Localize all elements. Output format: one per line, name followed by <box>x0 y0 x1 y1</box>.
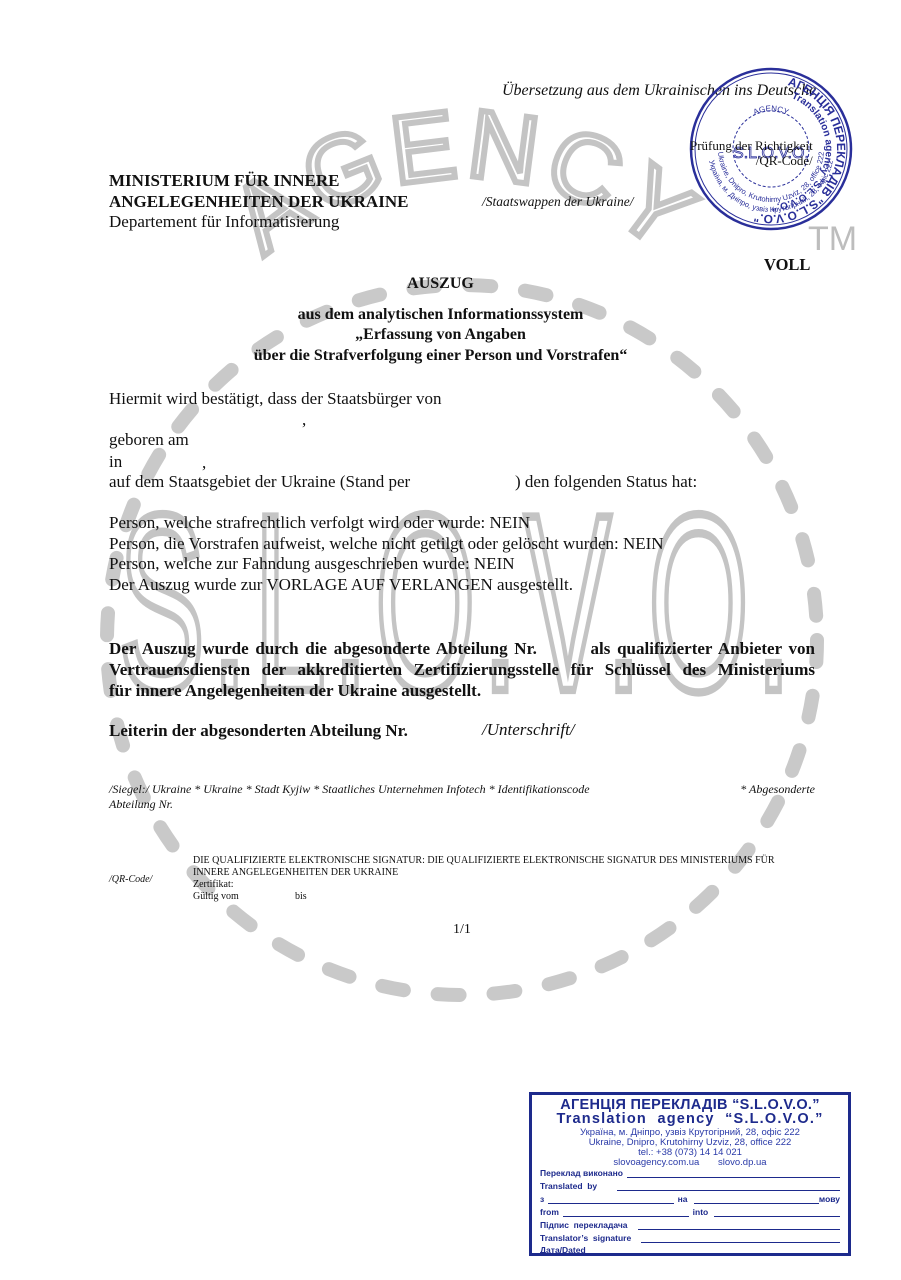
stamp-inner-agency: AGENCY <box>752 104 791 117</box>
field-label: Переклад виконано <box>540 1168 623 1178</box>
field-line <box>694 1195 819 1204</box>
field-line <box>638 1221 840 1230</box>
territory-suffix: ) den folgenden Status hat: <box>515 472 697 492</box>
valid-to-label: bis <box>295 891 307 903</box>
status-line: Person, die Vorstrafen aufweist, welche … <box>109 534 664 554</box>
translator-certification-stamp: АГЕНЦІЯ ПЕРЕКЛАДІВ “S.L.O.V.O.” Translat… <box>529 1092 851 1256</box>
coat-of-arms-note: /Staatswappen der Ukraine/ <box>482 194 634 210</box>
seal-description: /Siegel:/ Ukraine * Ukraine * Stadt Kyji… <box>109 782 815 812</box>
field-line <box>563 1208 689 1217</box>
stamp-field-language-ua: з на мову <box>540 1193 840 1204</box>
field-label: Translator’s signature <box>540 1233 631 1243</box>
voll-label: VOLL <box>764 255 810 275</box>
validity-row: Gültig vom bis <box>193 891 823 903</box>
document-title: AUSZUG <box>0 275 891 293</box>
stamp-field-signature-ua: Підпис перекладача <box>540 1219 840 1230</box>
verification-line-2: /QR-Code/ <box>690 153 813 168</box>
issuer-line: für innere Angelegenheiten der Ukraine a… <box>109 680 815 701</box>
stamp-field-date: Дата/Dated <box>540 1244 840 1255</box>
field-line <box>617 1182 840 1191</box>
born-label: geboren am <box>109 430 189 450</box>
signature-note: /Unterschrift/ <box>482 720 575 740</box>
issuer-paragraph: Der Auszug wurde durch die abgesonderte … <box>109 638 815 701</box>
ministry-line-2: ANGELEGENHEITEN DER UKRAINE <box>109 191 408 212</box>
signature-line-1: DIE QUALIFIZIERTE ELEKTRONISCHE SIGNATUR… <box>193 855 823 867</box>
stamp-field-translated-ua: Переклад виконано <box>540 1167 840 1178</box>
signature-line-2: INNERE ANGELEGENHEITEN DER UKRAINE <box>193 867 823 879</box>
valid-from-label: Gültig vom <box>193 891 295 903</box>
subtitle-line-2: „Erfassung von Angaben <box>0 326 891 344</box>
field-label: into <box>693 1207 709 1217</box>
status-line: Person, welche strafrechtlich verfolgt w… <box>109 513 530 533</box>
field-label: Translated by <box>540 1181 597 1191</box>
field-label: мову <box>819 1194 840 1204</box>
status-line: Der Auszug wurde zur VORLAGE AUF VERLANG… <box>109 575 573 595</box>
comma: , <box>302 410 306 430</box>
territory-text: auf dem Staatsgebiet der Ukraine (Stand … <box>109 472 410 492</box>
ministry-name: MINISTERIUM FÜR INNERE ANGELEGENHEITEN D… <box>109 170 408 212</box>
ministry-line-1: MINISTERIUM FÜR INNERE <box>109 170 408 191</box>
seal-text-right: * Abgesonderte <box>740 782 815 797</box>
head-of-department-label: Leiterin der abgesonderten Abteilung Nr. <box>109 721 408 741</box>
stamp-field-signature-en: Translator’s signature <box>540 1232 840 1243</box>
field-line <box>714 1208 840 1217</box>
field-label: from <box>540 1207 559 1217</box>
subtitle-line-3: über die Strafverfolgung einer Person un… <box>0 347 891 365</box>
field-line <box>548 1195 673 1204</box>
electronic-signature-block: DIE QUALIFIZIERTE ELEKTRONISCHE SIGNATUR… <box>193 855 823 903</box>
field-label: з <box>540 1194 544 1204</box>
certificate-label: Zertifikat: <box>193 879 823 891</box>
comma: , <box>202 453 206 473</box>
in-label: in <box>109 452 122 472</box>
stamp-field-translated-en: Translated by <box>540 1180 840 1191</box>
verification-note: Prüfung der Richtigkeit /QR-Code/ <box>690 138 813 168</box>
seal-text: /Siegel:/ Ukraine * Ukraine * Stadt Kyji… <box>109 782 590 797</box>
issuer-line: Der Auszug wurde durch die abgesonderte … <box>109 638 815 659</box>
status-line: Person, welche zur Fahndung ausgeschrieb… <box>109 554 515 574</box>
issuer-line: Vertrauensdiensten der akkreditierten Ze… <box>109 659 815 680</box>
verification-line-1: Prüfung der Richtigkeit <box>690 138 813 153</box>
stamp-title-en: Translation agency “S.L.O.V.O.” <box>532 1111 848 1127</box>
stamp-field-language-en: from into <box>540 1206 840 1217</box>
seal-text-line-2: Abteilung Nr. <box>109 797 815 812</box>
field-label: на <box>678 1194 688 1204</box>
confirmation-text: Hiermit wird bestätigt, dass der Staatsb… <box>109 389 442 409</box>
department-name: Departement für Informatisierung <box>109 212 339 232</box>
qr-code-note: /QR-Code/ <box>109 874 152 885</box>
page-number: 1/1 <box>453 922 471 938</box>
field-line <box>586 1246 840 1255</box>
field-line <box>641 1234 840 1243</box>
field-line <box>627 1169 840 1178</box>
field-label: Дата/Dated <box>540 1245 586 1255</box>
subtitle-line-1: aus dem analytischen Informationssystem <box>0 306 891 324</box>
field-label: Підпис перекладача <box>540 1220 628 1230</box>
